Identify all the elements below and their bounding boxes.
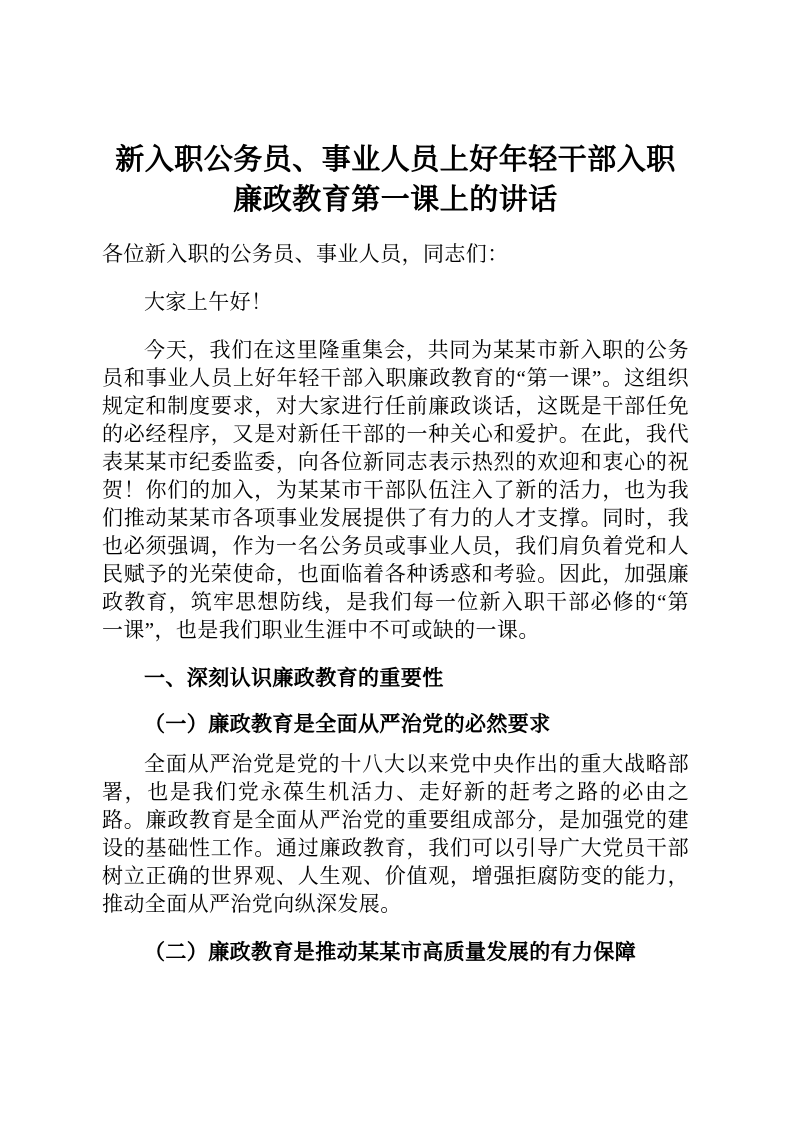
document-title: 新入职公务员、事业人员上好年轻干部入职廉政教育第一课上的讲话: [102, 140, 689, 220]
section-1-1-heading: （一）廉政教育是全面从严治党的必然要求: [102, 710, 689, 738]
section-1-2-heading: （二）廉政教育是推动某某市高质量发展的有力保障: [102, 938, 689, 966]
section-1-heading: 一、深刻认识廉政教育的重要性: [102, 664, 689, 692]
document-content: 新入职公务员、事业人员上好年轻干部入职廉政教育第一课上的讲话 各位新入职的公务员…: [0, 0, 793, 966]
opening-paragraph: 今天，我们在这里隆重集会，共同为某某市新入职的公务员和事业人员上好年轻干部入职廉…: [102, 336, 689, 644]
document-page: 新入职公务员、事业人员上好年轻干部入职廉政教育第一课上的讲话 各位新入职的公务员…: [0, 0, 793, 1121]
salutation-line: 各位新入职的公务员、事业人员，同志们：: [102, 240, 689, 268]
section-1-1-paragraph: 全面从严治党是党的十八大以来党中央作出的重大战略部署，也是我们党永葆生机活力、走…: [102, 750, 689, 918]
greeting-paragraph: 大家上午好！: [102, 288, 689, 316]
